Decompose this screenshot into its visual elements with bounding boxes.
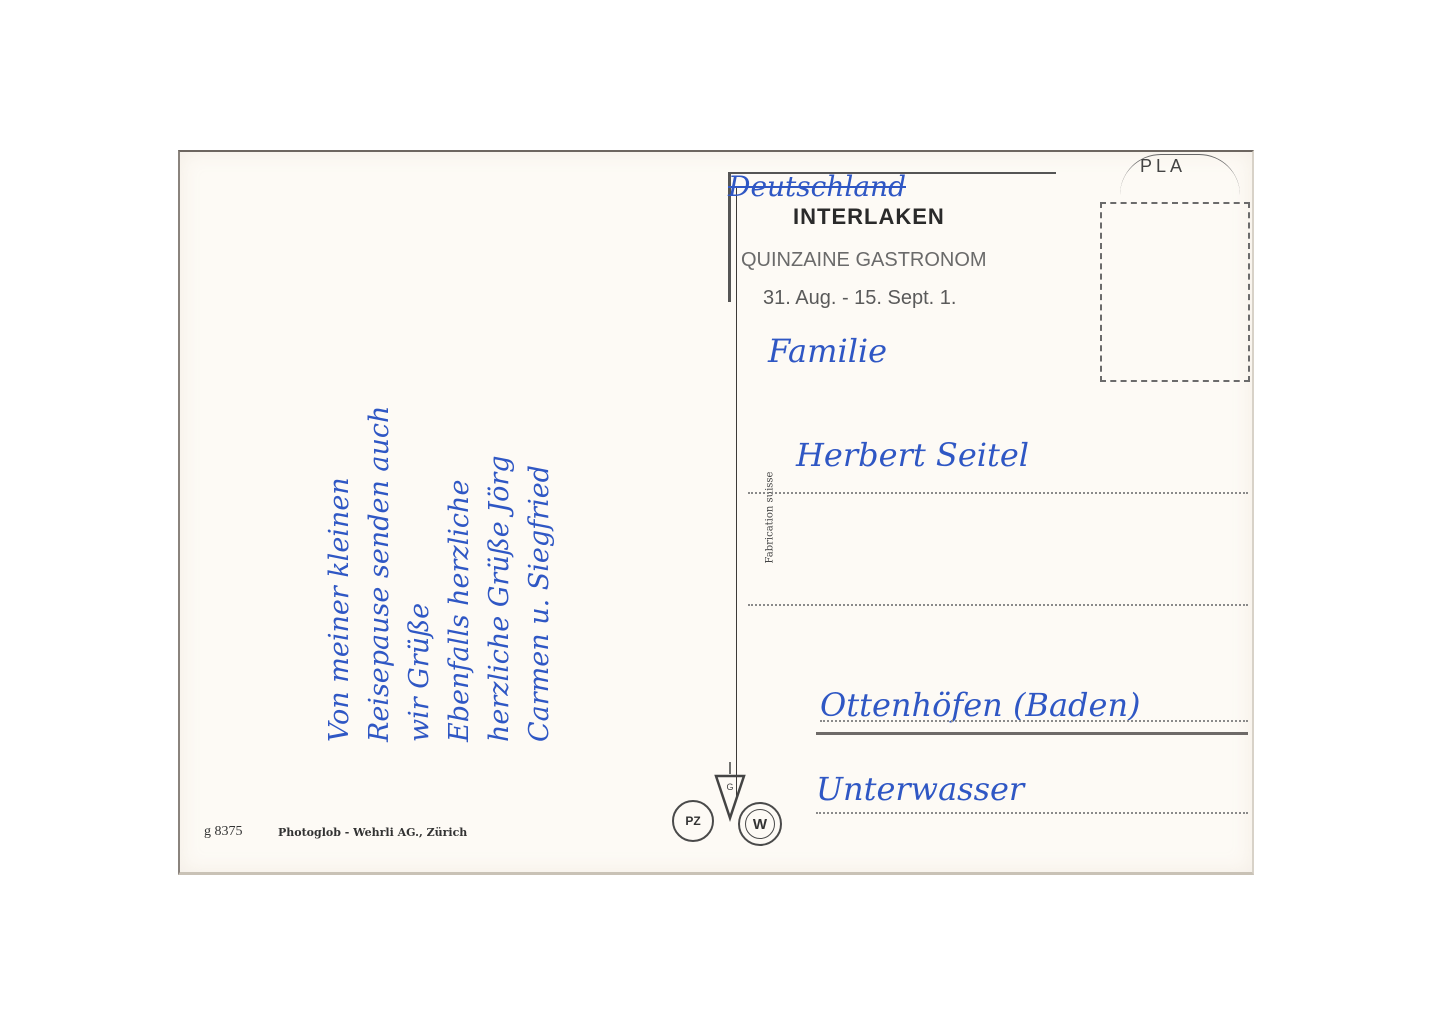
address-guide-line (748, 604, 1248, 606)
round-postmark-text: PLA (1140, 156, 1186, 177)
message-line: Ebenfalls herzliche (440, 252, 480, 742)
stamp-placeholder (1100, 202, 1250, 382)
message-line: Reisepause senden auch (360, 252, 400, 742)
address-underline (816, 732, 1248, 735)
message-line: herzliche Grüße Jörg (480, 252, 520, 742)
handwritten-message: Von meiner kleinen Reisepause senden auc… (320, 252, 560, 742)
message-line: Carmen u. Siegfried (520, 252, 560, 742)
address-line-2: Herbert Seitel (796, 436, 1029, 474)
publisher-imprint: Photoglob - Wehrli AG., Zürich (278, 826, 467, 839)
postmark-dates: 31. Aug. - 15. Sept. 1. (763, 287, 956, 310)
message-line: wir Grüße (400, 252, 440, 742)
pz-globe-logo-icon: PZ (672, 800, 714, 842)
w-circle-logo-icon: W (738, 802, 782, 846)
postmark-event: QUINZAINE GASTRONOM (741, 249, 987, 272)
fabrication-label: Fabrication suisse (765, 458, 776, 578)
address-guide-line (820, 720, 1248, 722)
card-number: g 8375 (204, 824, 243, 840)
address-line-3: Ottenhöfen (Baden) (820, 686, 1141, 724)
address-line-4: Unterwasser (816, 770, 1024, 808)
postmark-town: INTERLAKEN (793, 204, 945, 230)
svg-text:G: G (726, 782, 733, 792)
postcard-back: Von meiner kleinen Reisepause senden auc… (178, 150, 1254, 875)
message-line: Von meiner kleinen (320, 252, 360, 742)
handwritten-country: Deutschland (728, 170, 906, 203)
address-line-1: Familie (768, 332, 887, 370)
address-guide-line (748, 492, 1248, 494)
address-guide-line (816, 812, 1248, 814)
